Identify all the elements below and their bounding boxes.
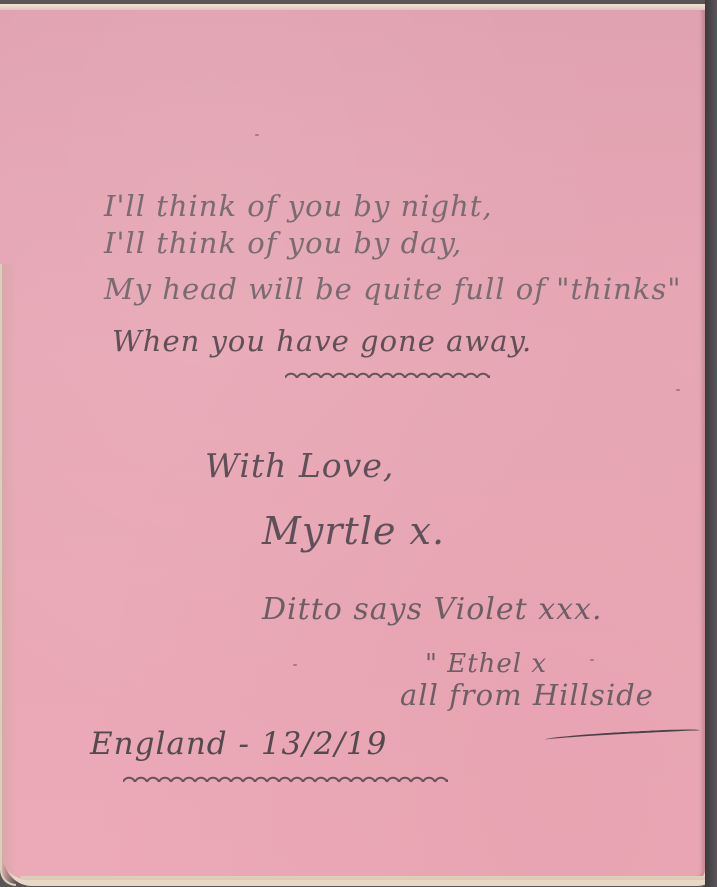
pink-page: I'll think of you by night, I'll think o… xyxy=(0,4,705,880)
poem-line-4: When you have gone away. xyxy=(112,324,532,358)
wavy-underline-date xyxy=(123,774,448,782)
page-top-edge xyxy=(0,4,705,10)
note-all-from-hillside: all from Hillside xyxy=(400,678,654,712)
page-left-edge xyxy=(0,264,16,886)
paper-speck xyxy=(293,664,297,666)
poem-line-2: I'll think of you by day, xyxy=(104,226,462,260)
paper-speck xyxy=(676,389,680,391)
flourish-line xyxy=(545,728,700,742)
binding-shadow xyxy=(705,0,717,887)
paper-speck xyxy=(590,659,594,661)
note-ethel: " Ethel x xyxy=(425,649,547,679)
closing-with-love: With Love, xyxy=(205,446,394,485)
note-ditto-violet: Ditto says Violet xxx. xyxy=(262,592,603,627)
poem-line-3: My head will be quite full of "thinks" xyxy=(104,272,682,306)
place-and-date: England - 13/2/19 xyxy=(90,726,387,762)
poem-line-1: I'll think of you by night, xyxy=(104,189,493,223)
page-bottom-edge xyxy=(20,876,710,880)
scanned-album-page: I'll think of you by night, I'll think o… xyxy=(0,0,717,887)
paper-speck xyxy=(255,134,259,136)
wavy-underline-have xyxy=(285,370,490,378)
signature-myrtle: Myrtle x. xyxy=(262,509,445,553)
